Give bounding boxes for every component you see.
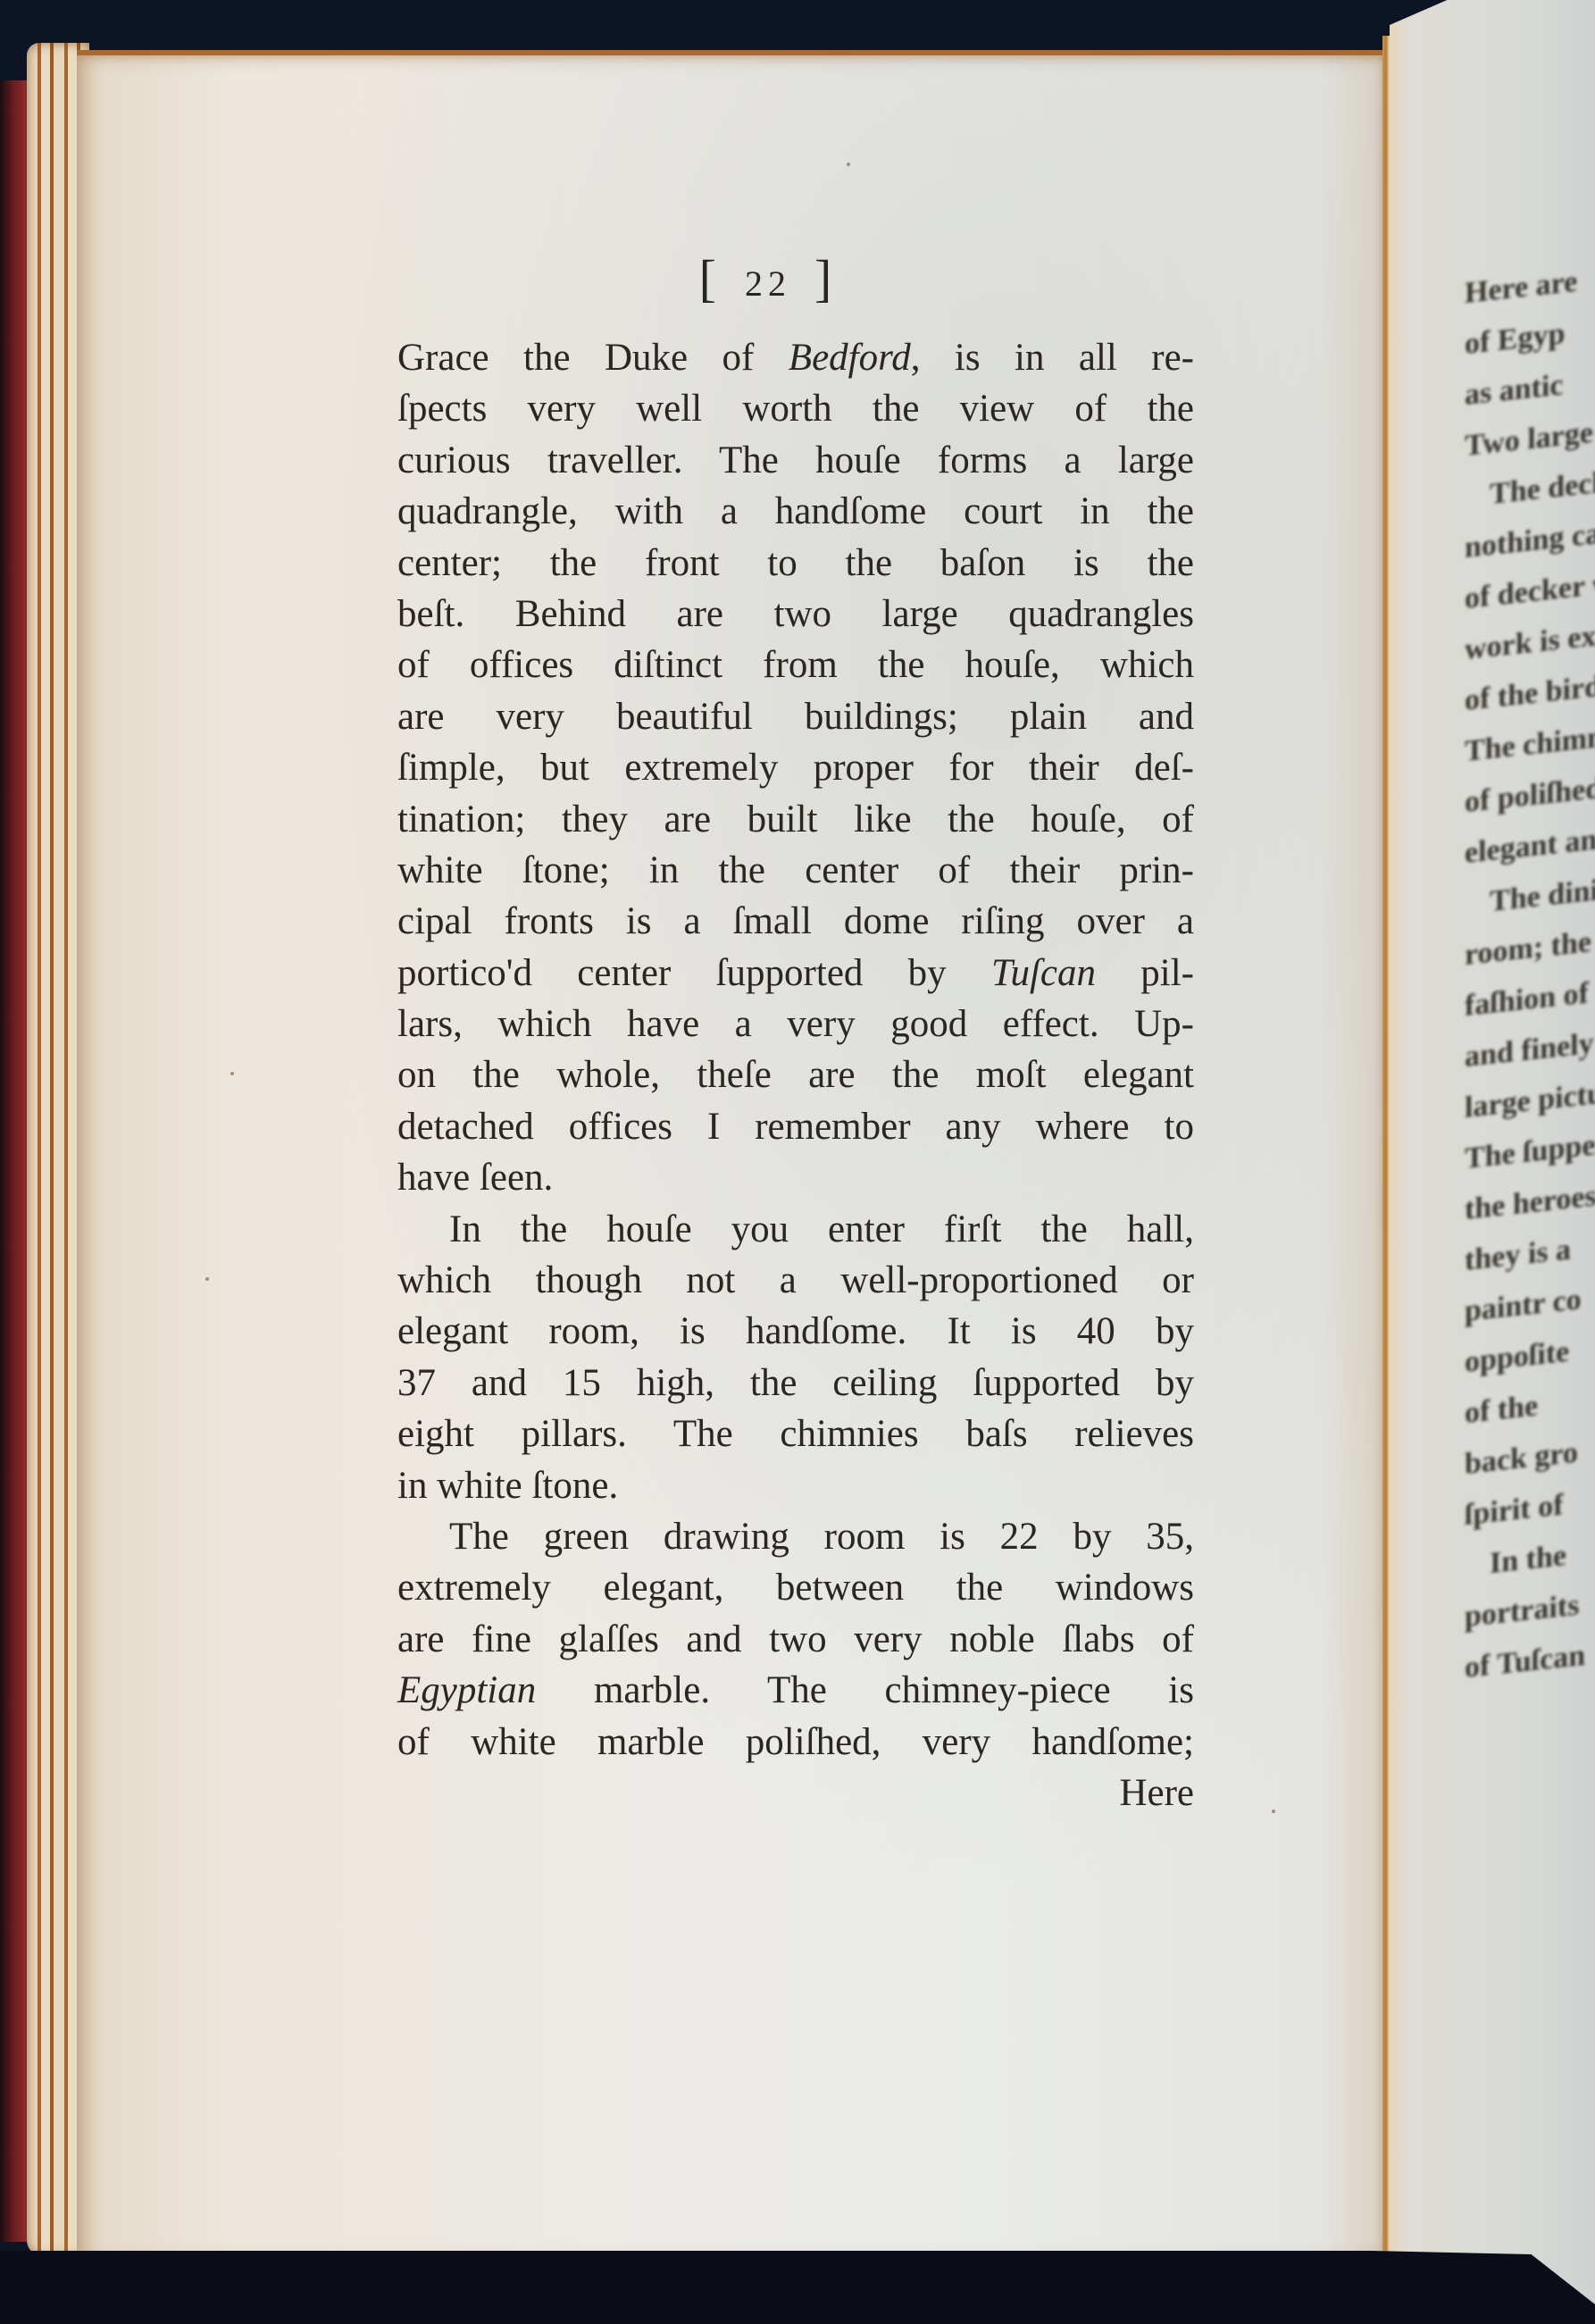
text-line: are very beautiful buildings; plain and [397,691,1194,742]
book-gutter [1382,36,1390,2269]
text-line: extremely elegant, between the windows [397,1562,1194,1613]
text-line: portico'd center ſupported by Tuſcan pil… [397,948,1194,999]
text-line: The green drawing room is 22 by 35, [397,1511,1194,1562]
text-segment: center; the front to the baſon is the [397,542,1194,584]
text-segment: detached offices I remember any where to [397,1106,1194,1148]
text-segment: in white ſtone. [397,1465,618,1507]
text-line: which though not a well-proportioned or [397,1255,1194,1306]
body-text: Grace the Duke of Bedford, is in all re-… [397,332,1194,1818]
right-page-text-fragment: Here areof Egypas anticTwo largeThe deck… [1465,253,1595,1693]
italic-text: Egyptian [397,1669,536,1711]
text-segment: ſimple, but extremely proper for their d… [397,747,1194,789]
text-segment: of white marble poliſhed, very handſome; [397,1721,1194,1763]
text-line: Egyptian marble. The chimney-piece is [397,1665,1194,1716]
text-segment: portico'd center ſupported by [397,952,991,994]
text-segment: beſt. Behind are two large quadrangles [397,593,1194,635]
text-segment: The green drawing room is 22 by 35, [449,1516,1194,1558]
text-line: eight pillars. The chimnies baſs relieve… [397,1409,1194,1459]
text-segment: eight pillars. The chimnies baſs relieve… [397,1413,1194,1455]
text-segment: white ſtone; in the center of their prin… [397,849,1194,891]
text-line: of white marble poliſhed, very handſome; [397,1717,1194,1768]
text-segment: marble. The chimney-piece is [536,1669,1194,1711]
paper-speck [205,1277,209,1281]
book-photo: [22] Grace the Duke of Bedford, is in al… [0,0,1595,2324]
text-segment: have ſeen. [397,1157,553,1199]
text-line: detached offices I remember any where to [397,1101,1194,1152]
text-line: lars, which have a very good effect. Up- [397,999,1194,1049]
text-line: tination; they are built like the houſe,… [397,794,1194,845]
text-segment: of offices diſtinct from the houſe, whic… [397,644,1194,686]
text-segment: pil- [1096,952,1194,994]
page-number-close-bracket: ] [814,249,837,307]
text-line: white ſtone; in the center of their prin… [397,845,1194,896]
catchword: Here [397,1768,1194,1818]
text-line: In the houſe you enter firſt the hall, [397,1204,1194,1255]
text-segment: are very beautiful buildings; plain and [397,696,1194,738]
text-segment: on the whole, theſe are the moſt elegant [397,1054,1194,1096]
text-line: curious traveller. The houſe forms a lar… [397,435,1194,486]
text-segment: tination; they are built like the houſe,… [397,798,1194,840]
text-segment: extremely elegant, between the windows [397,1567,1194,1609]
text-segment: quadrangle, with a handſome court in the [397,490,1194,532]
text-line: in white ſtone. [397,1460,1194,1511]
text-line: quadrangle, with a handſome court in the [397,486,1194,537]
italic-text: Bedford [789,337,911,379]
text-line: are fine glaſſes and two very noble ſlab… [397,1614,1194,1665]
text-line: on the whole, theſe are the moſt elegant [397,1049,1194,1100]
paper-speck [230,1072,234,1075]
text-segment: are fine glaſſes and two very noble ſlab… [397,1618,1194,1660]
text-segment: 37 and 15 high, the ceiling ſupported by [397,1362,1194,1404]
text-segment: which though not a well-proportioned or [397,1259,1194,1301]
text-line: Grace the Duke of Bedford, is in all re- [397,332,1194,383]
text-line: 37 and 15 high, the ceiling ſupported by [397,1358,1194,1409]
text-segment: , is in all re- [911,337,1194,379]
text-segment: Grace the Duke of [397,337,789,379]
text-line: center; the front to the baſon is the [397,538,1194,589]
text-segment: elegant room, is handſome. It is 40 by [397,1310,1194,1352]
page-number-open-bracket: [ [699,249,722,307]
text-line: have ſeen. [397,1152,1194,1203]
page-number-value: 22 [745,263,791,304]
italic-text: Tuſcan [991,952,1096,994]
page-number: [22] [661,248,875,308]
text-line: cipal fronts is a ſmall dome riſing over… [397,896,1194,947]
text-line: ſpects very well worth the view of the [397,383,1194,434]
text-line: elegant room, is handſome. It is 40 by [397,1306,1194,1357]
text-line: of offices diſtinct from the houſe, whic… [397,640,1194,690]
paper-speck [1272,1810,1275,1813]
text-segment: ſpects very well worth the view of the [397,388,1194,430]
backdrop-bottom [0,2251,1595,2324]
text-segment: lars, which have a very good effect. Up- [397,1003,1194,1045]
text-segment: curious traveller. The houſe forms a lar… [397,439,1194,481]
text-line: ſimple, but extremely proper for their d… [397,742,1194,793]
text-segment: cipal fronts is a ſmall dome riſing over… [397,900,1194,942]
text-segment: In the houſe you enter firſt the hall, [449,1208,1194,1250]
text-line: beſt. Behind are two large quadrangles [397,589,1194,640]
paper-speck [847,163,850,166]
